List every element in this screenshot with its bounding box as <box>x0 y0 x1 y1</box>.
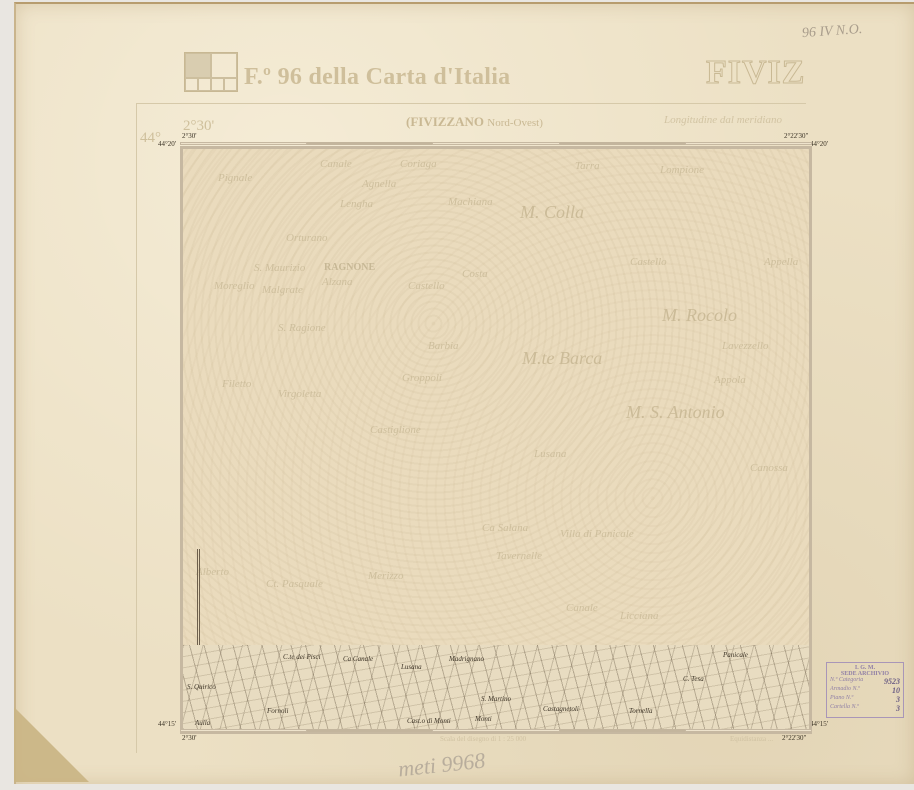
place-label: Merizzo <box>368 570 403 582</box>
strip-place-label: Cast.o di Monti <box>407 717 451 725</box>
place-label: Castiglione <box>370 424 421 436</box>
stamp-row: Armadio N.º10 <box>830 686 900 695</box>
graduated-border-top <box>180 142 812 145</box>
place-label: Lengha <box>340 198 373 210</box>
place-label: Lavezzello <box>722 340 768 352</box>
scale-note: Scala del disegno di 1 : 25 000 <box>440 735 526 743</box>
place-label: Pignale <box>218 172 252 184</box>
stamp-row: Cartella N.º3 <box>830 704 900 713</box>
place-label: Groppoli <box>402 372 442 384</box>
place-label: M.te Barca <box>522 348 602 369</box>
tick-top-left-lon: 2°30' <box>182 132 197 140</box>
strip-place-label: C.te dei Pisci <box>283 653 321 661</box>
place-label: Alberto <box>196 566 229 578</box>
strip-place-label: Ca Canale <box>343 655 373 663</box>
stamp-row: Piano N.º3 <box>830 695 900 704</box>
place-label: Alzana <box>322 276 353 288</box>
sheet-subtitle: (FIVIZZANO Nord-Ovest) <box>406 114 543 130</box>
place-label: Appella <box>764 256 798 268</box>
place-label: Canale <box>566 602 598 614</box>
mount-corner <box>14 707 89 782</box>
place-label: Appola <box>714 374 746 386</box>
place-label: Coriaga <box>400 158 437 170</box>
strip-place-label: S. Martino <box>481 695 511 703</box>
place-label: Lompione <box>660 164 704 176</box>
place-label: Tavernelle <box>496 550 542 562</box>
tick-top-right-lat: 44°20' <box>810 140 828 148</box>
place-label: Lusana <box>534 448 566 460</box>
place-label: Licciana <box>620 610 659 622</box>
tick-top-left-lat: 44°20' <box>158 140 176 148</box>
place-label: Canossa <box>750 462 788 474</box>
topographic-map[interactable]: CanaleCoriagaPignaleAgnellaLenghaMachian… <box>180 146 812 734</box>
strip-place-label: Tornella <box>629 707 652 715</box>
archive-stamp: I. G. M. SEDE ARCHIVIO N.º Categoria9523… <box>826 662 904 718</box>
subtitle-name: (FIVIZZANO <box>406 114 484 129</box>
place-label: Canale <box>320 158 352 170</box>
strip-place-label: Castagnetoli <box>543 705 579 713</box>
place-label: Malgrate <box>262 284 303 296</box>
place-label: Castello <box>630 256 667 268</box>
place-label: M. S. Antonio <box>626 402 725 423</box>
sheet-abbreviation: FIVIZ <box>706 54 805 92</box>
strip-place-label: Panicale <box>723 651 748 659</box>
equidistance-note: Equidistanza ... <box>730 735 773 743</box>
strip-place-label: C. Tesa <box>683 675 704 683</box>
graduated-border-bottom <box>180 729 812 732</box>
tick-bottom-right-lat: 44°15' <box>810 720 828 728</box>
place-label: Machiana <box>448 196 493 208</box>
strip-place-label: Fornoli <box>267 707 288 715</box>
place-label: M. Rocolo <box>662 305 737 326</box>
strip-place-label: Madrignano <box>449 655 484 663</box>
tick-bottom-left-lat: 44°15' <box>158 720 176 728</box>
strip-place-label: Lusana <box>401 663 422 671</box>
tick-top-right-lon: 2°22'30" <box>784 132 808 140</box>
place-label: Barbia <box>428 340 459 352</box>
place-label: RAGNONE <box>324 262 375 273</box>
place-label: Agnella <box>362 178 396 190</box>
stamp-row: N.º Categoria9523 <box>830 677 900 686</box>
place-label: Virgoletta <box>278 388 321 400</box>
subtitle-quadrant: Nord-Ovest) <box>487 117 543 129</box>
strip-place-label: Monti <box>475 715 492 723</box>
meridian-note: Longitudine dal meridiano <box>664 114 782 126</box>
sheet-index-grid <box>184 52 238 92</box>
place-label: S. Maurizio <box>254 262 305 274</box>
place-label: S. Ragione <box>278 322 326 334</box>
place-label: Ct. Pasquale <box>266 578 323 590</box>
place-label: Villa di Panicale <box>560 528 634 540</box>
place-label: Tarra <box>575 160 600 172</box>
detailed-engraved-strip: C.te dei PisciCa CanaleLusanaMadrignanoS… <box>183 645 809 731</box>
place-label: Costa <box>462 268 488 280</box>
place-label: Moreglio <box>214 280 255 292</box>
place-label: Orturano <box>286 232 328 244</box>
sheet-title: F.º 96 della Carta d'Italia <box>244 64 510 91</box>
tick-bottom-left-lon: 2°30' <box>182 734 197 742</box>
place-label: Ca Salana <box>482 522 528 534</box>
strip-place-label: Aulla <box>195 719 210 727</box>
place-label: Filetto <box>222 378 251 390</box>
strip-place-label: S. Quirico <box>187 683 216 691</box>
place-label: M. Colla <box>520 202 584 223</box>
place-label: Castello <box>408 280 445 292</box>
tick-bottom-right-lon: 2°22'30" <box>782 734 806 742</box>
